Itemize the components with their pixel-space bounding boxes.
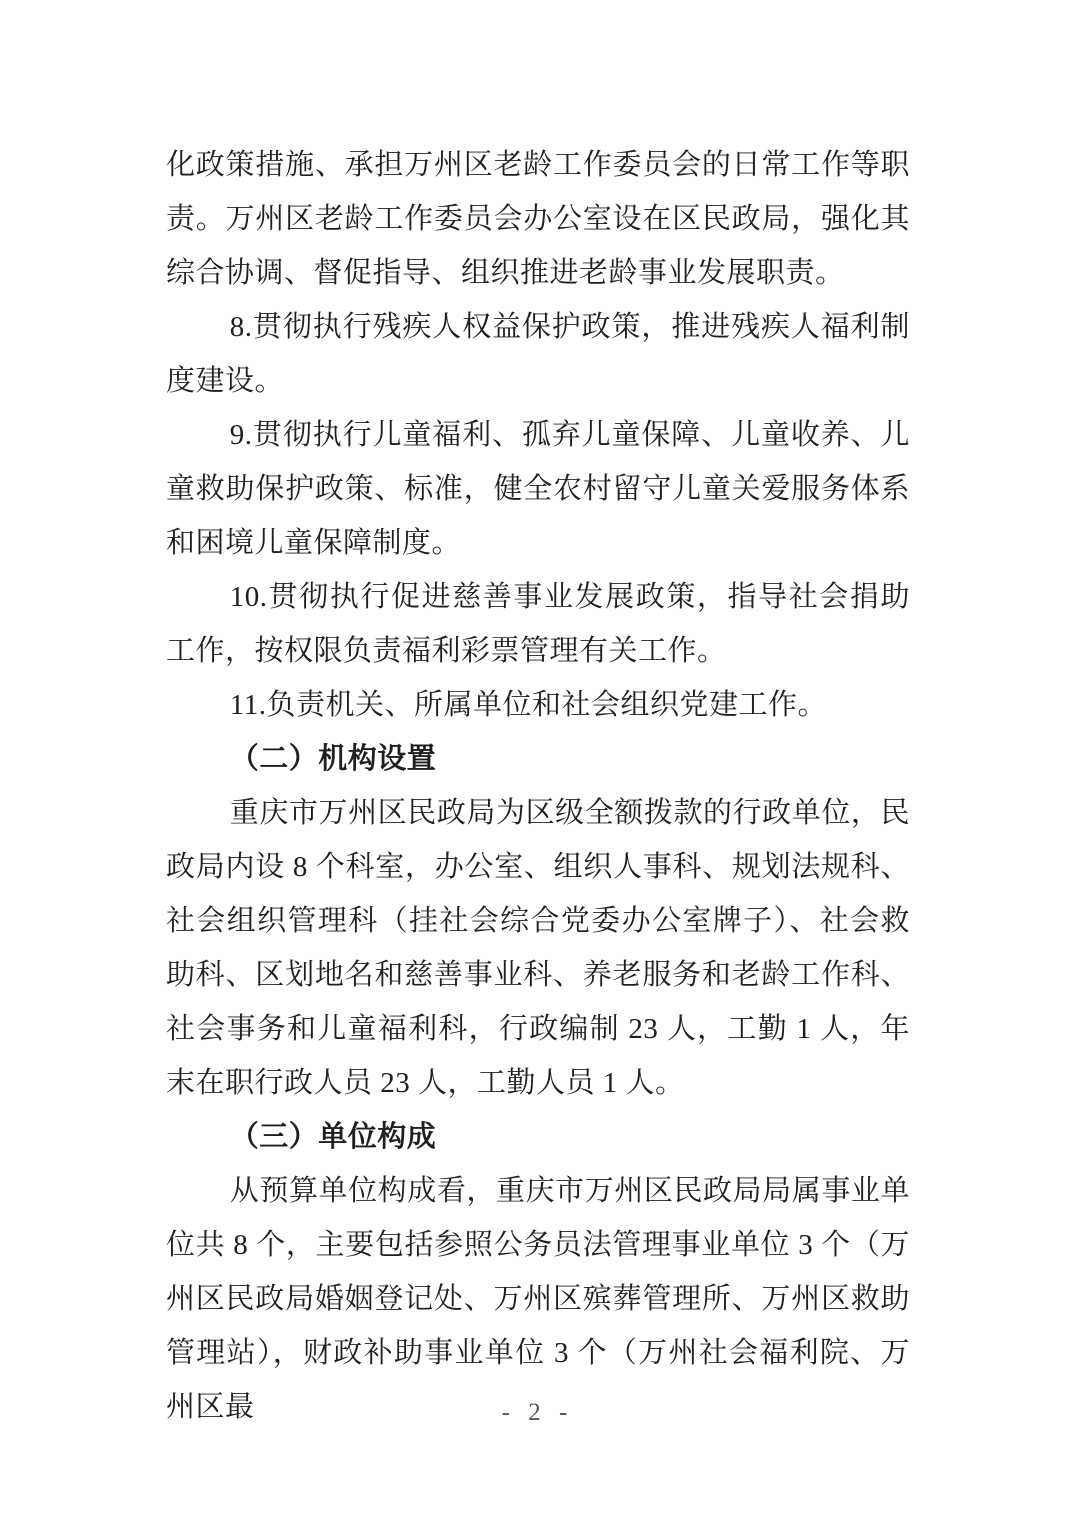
section-heading-unit-composition: （三）单位构成 <box>166 1110 910 1164</box>
paragraph-duty-10: 10.贯彻执行促进慈善事业发展政策，指导社会捐助工作，按权限负责福利彩票管理有关… <box>166 570 910 678</box>
paragraph-continuation: 化政策措施、承担万州区老龄工作委员会的日常工作等职责。万州区老龄工作委员会办公室… <box>166 138 910 300</box>
paragraph-duty-9: 9.贯彻执行儿童福利、孤弃儿童保障、儿童收养、儿童救助保护政策、标准，健全农村留… <box>166 408 910 570</box>
paragraph-unit-composition: 从预算单位构成看，重庆市万州区民政局局属事业单位共 8 个，主要包括参照公务员法… <box>166 1164 910 1434</box>
page-number: - 2 - <box>502 1399 574 1426</box>
document-page: 化政策措施、承担万州区老龄工作委员会的日常工作等职责。万州区老龄工作委员会办公室… <box>0 0 1075 1520</box>
paragraph-duty-11: 11.负责机关、所属单位和社会组织党建工作。 <box>166 678 910 732</box>
section-heading-org-setup: （二）机构设置 <box>166 732 910 786</box>
paragraph-duty-8: 8.贯彻执行残疾人权益保护政策，推进残疾人福利制度建设。 <box>166 300 910 408</box>
paragraph-org-setup: 重庆市万州区民政局为区级全额拨款的行政单位，民政局内设 8 个科室，办公室、组织… <box>166 786 910 1110</box>
document-body: 化政策措施、承担万州区老龄工作委员会的日常工作等职责。万州区老龄工作委员会办公室… <box>166 138 910 1434</box>
page-footer: - 2 - <box>0 1398 1075 1428</box>
